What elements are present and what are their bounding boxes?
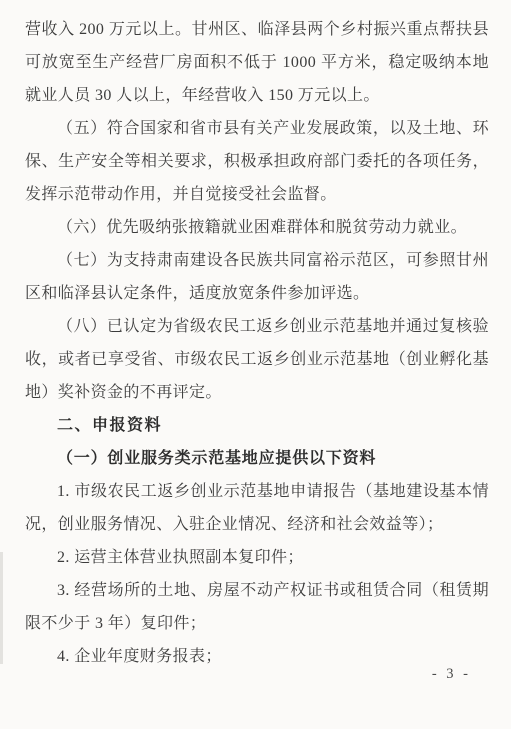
section-heading: （一）创业服务类示范基地应提供以下资料 [25,442,489,475]
page-number: - 3 - [432,666,471,683]
section-heading: 二、申报资料 [25,409,489,442]
paragraph: （七）为支持肃南建设各民族共同富裕示范区，可参照甘州区和临泽县认定条件，适度放宽… [25,244,489,310]
paragraph: 4. 企业年度财务报表； [25,640,489,673]
paragraph: （五）符合国家和省市县有关产业发展政策，以及土地、环保、生产安全等相关要求，积极… [25,112,489,211]
paragraph: 1. 市级农民工返乡创业示范基地申请报告（基地建设基本情况，创业服务情况、入驻企… [25,475,489,541]
paragraph: 2. 运营主体营业执照副本复印件； [25,541,489,574]
document-page: 营收入 200 万元以上。甘州区、临泽县两个乡村振兴重点帮扶县可放宽至生产经营厂… [0,0,511,729]
scan-edge-artifact [0,552,3,664]
paragraph: （八）已认定为省级农民工返乡创业示范基地并通过复核验收，或者已享受省、市级农民工… [25,310,489,409]
paragraph: 营收入 200 万元以上。甘州区、临泽县两个乡村振兴重点帮扶县可放宽至生产经营厂… [25,13,489,112]
paragraph: （六）优先吸纳张掖籍就业困难群体和脱贫劳动力就业。 [25,211,489,244]
paragraph: 3. 经营场所的土地、房屋不动产权证书或租赁合同（租赁期限不少于 3 年）复印件… [25,574,489,640]
document-body: 营收入 200 万元以上。甘州区、临泽县两个乡村振兴重点帮扶县可放宽至生产经营厂… [25,13,489,673]
